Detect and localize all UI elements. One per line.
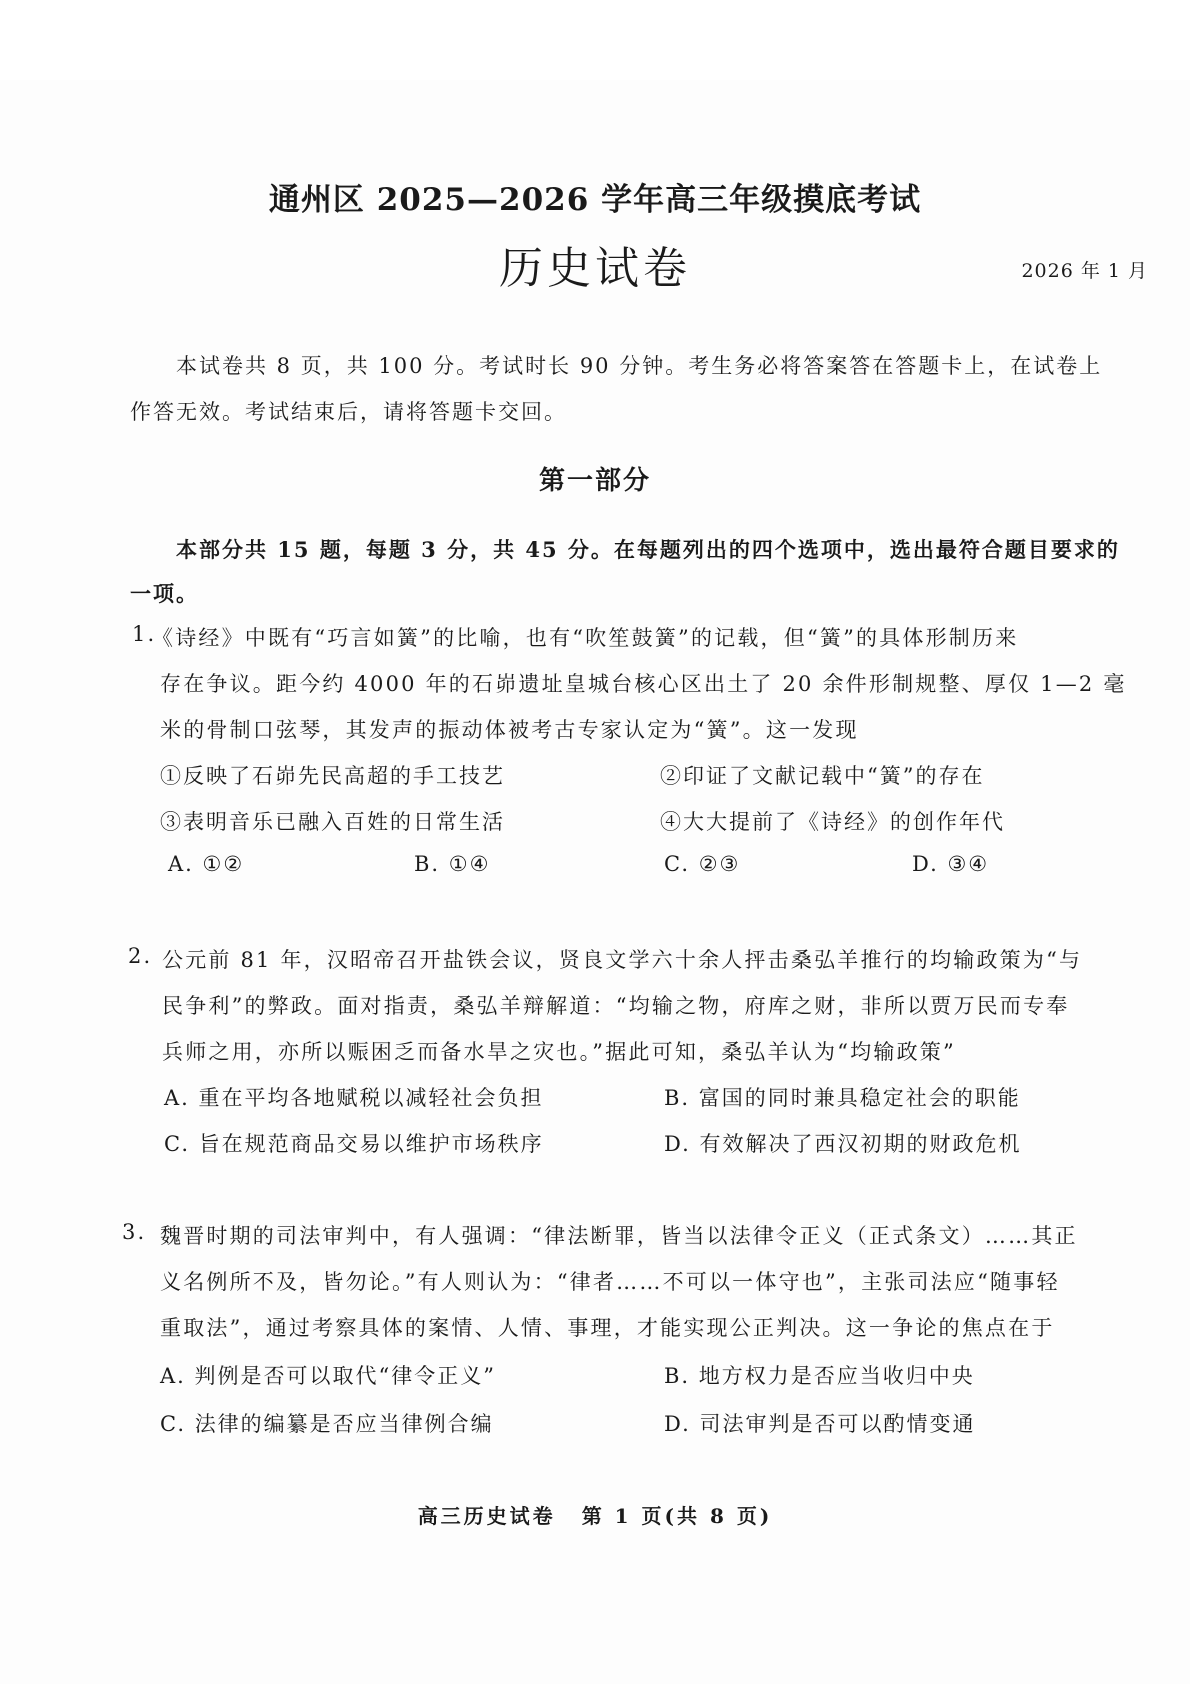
- instructions-line-2: 作答无效。考试结束后，请将答题卡交回。: [130, 396, 567, 426]
- option-text: 判例是否可以取代“律令正义”: [195, 1364, 496, 1388]
- option-b[interactable]: B. 富国的同时兼具稳定社会的职能: [664, 1082, 1021, 1112]
- part-intro-line-2: 一项。: [130, 578, 199, 608]
- option-letter: C.: [664, 852, 690, 876]
- question-stem-line: 魏晋时期的司法审判中，有人强调：“律法断罪，皆当以法律令正义（正式条文）……其正: [160, 1220, 1078, 1250]
- statement-4: ④大大提前了《诗经》的创作年代: [660, 806, 1005, 836]
- question-stem-line: 重取法”，通过考察具体的案情、人情、事理，才能实现公正判决。这一争论的焦点在于: [160, 1312, 1055, 1342]
- paper-page: [0, 80, 1190, 1684]
- option-text: ③④: [947, 852, 989, 876]
- option-text: 重在平均各地赋税以减轻社会负担: [199, 1086, 544, 1110]
- option-text: 有效解决了西汉初期的财政危机: [699, 1132, 1021, 1156]
- option-b[interactable]: B. ①④: [414, 852, 490, 876]
- option-d[interactable]: D. 司法审判是否可以酌情变通: [664, 1408, 975, 1438]
- question-stem-line: 义名例所不及，皆勿论。”有人则认为：“律者……不可以一体守也”，主张司法应“随事…: [160, 1266, 1060, 1296]
- page-footer: 高三历史试卷第 1 页(共 8 页): [0, 1500, 1190, 1529]
- option-letter: C.: [164, 1132, 190, 1156]
- question-stem-line: 民争利”的弊政。面对指责，桑弘羊辩解道：“均输之物，府库之财，非所以贾万民而专奉: [162, 990, 1069, 1020]
- option-d[interactable]: D. ③④: [912, 852, 989, 876]
- option-letter: D.: [912, 852, 939, 876]
- option-text: ①②: [203, 852, 245, 876]
- question-stem-line: 米的骨制口弦琴，其发声的振动体被考古专家认定为“簧”。这一发现: [160, 714, 859, 744]
- statement-3: ③表明音乐已融入百姓的日常生活: [160, 806, 505, 836]
- instructions-line-1: 本试卷共 8 页，共 100 分。考试时长 90 分钟。考生务必将答案答在答题卡…: [176, 350, 1102, 380]
- option-text: 旨在规范商品交易以维护市场秩序: [199, 1132, 544, 1156]
- option-letter: D.: [664, 1412, 691, 1436]
- option-c[interactable]: C. 法律的编纂是否应当律例合编: [160, 1408, 494, 1438]
- question-stem-line: 存在争议。距今约 4000 年的石峁遗址皇城台核心区出土了 20 余件形制规整、…: [160, 668, 1127, 698]
- question-stem-line: 兵师之用，亦所以赈困乏而备水旱之灾也。”据此可知，桑弘羊认为“均输政策”: [162, 1036, 956, 1066]
- option-letter: C.: [160, 1412, 186, 1436]
- question-number: 2.: [128, 944, 152, 968]
- option-letter: B.: [664, 1086, 690, 1110]
- option-letter: A.: [160, 1364, 186, 1388]
- question-stem-line: 《诗经》中既有“巧言如簧”的比喻，也有“吹笙鼓簧”的记载，但“簧”的具体形制历来: [152, 622, 1018, 652]
- question-stem-line: 公元前 81 年，汉昭帝召开盐铁会议，贤良文学六十余人抨击桑弘羊推行的均输政策为…: [162, 944, 1082, 974]
- option-letter: A.: [164, 1086, 190, 1110]
- option-letter: D.: [664, 1132, 691, 1156]
- question-number: 3.: [122, 1220, 146, 1244]
- option-text: 法律的编纂是否应当律例合编: [195, 1412, 494, 1436]
- option-text: 地方权力是否应当收归中央: [699, 1364, 975, 1388]
- part-intro-line-1: 本部分共 15 题，每题 3 分，共 45 分。在每题列出的四个选项中，选出最符…: [176, 534, 1120, 564]
- statement-2: ②印证了文献记载中“簧”的存在: [660, 760, 984, 790]
- option-letter: B.: [664, 1364, 690, 1388]
- footer-subject: 高三历史试卷: [418, 1504, 556, 1528]
- footer-page-number: 第 1 页(共 8 页): [582, 1504, 773, 1528]
- option-c[interactable]: C. 旨在规范商品交易以维护市场秩序: [164, 1128, 544, 1158]
- exam-title: 通州区 2025—2026 学年高三年级摸底考试: [0, 174, 1190, 219]
- option-letter: B.: [414, 852, 440, 876]
- statement-1: ①反映了石峁先民高超的手工技艺: [160, 760, 505, 790]
- option-letter: A.: [168, 852, 194, 876]
- option-a[interactable]: A. ①②: [168, 852, 244, 876]
- option-d[interactable]: D. 有效解决了西汉初期的财政危机: [664, 1128, 1021, 1158]
- option-a[interactable]: A. 重在平均各地赋税以减轻社会负担: [164, 1082, 544, 1112]
- option-a[interactable]: A. 判例是否可以取代“律令正义”: [160, 1360, 496, 1390]
- option-b[interactable]: B. 地方权力是否应当收归中央: [664, 1360, 975, 1390]
- option-text: ②③: [699, 852, 741, 876]
- option-c[interactable]: C. ②③: [664, 852, 740, 876]
- option-text: ①④: [449, 852, 491, 876]
- option-text: 司法审判是否可以酌情变通: [699, 1412, 975, 1436]
- option-text: 富国的同时兼具稳定社会的职能: [699, 1086, 1021, 1110]
- subject-title: 历史试卷: [0, 232, 1190, 296]
- section-title: 第一部分: [0, 460, 1190, 497]
- exam-date: 2026 年 1 月: [1021, 256, 1148, 283]
